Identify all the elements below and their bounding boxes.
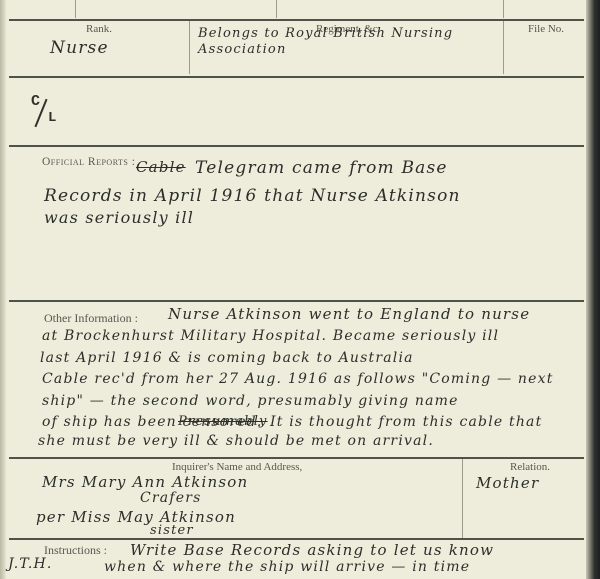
other-info-line: at Brockenhurst Military Hospital. Becam… [42,328,499,344]
other-info-line: Cable rec'd from her 27 Aug. 1916 as fol… [42,371,554,387]
column-divider [503,21,504,74]
rule [9,145,584,147]
official-report-line: was seriously ill [44,208,194,227]
inquirer-line: Mrs Mary Ann Atkinson [42,473,248,491]
rank-value: Nurse [50,38,109,58]
rule [9,457,584,459]
instructions-line: Write Base Records asking to let us know [130,541,494,559]
stamp-bottom: L [48,110,56,126]
other-info-line: she must be very ill & should be met on … [38,433,434,449]
stamp-top: C [31,93,40,110]
rank-label: Rank. [86,23,112,35]
inquirer-line: per Miss May Atkinson [36,508,236,526]
official-reports-label: Official Reports : [42,156,135,168]
inquirer-line: sister [150,523,194,538]
column-divider [189,21,190,74]
inquirer-line: Crafers [140,490,202,506]
other-info-line: last April 1916 & is coming back to Aust… [40,350,414,366]
rule [9,300,584,302]
initials: J.T.H. [8,556,53,572]
regiment-value: Belongs to Royal British Nursing [198,26,453,41]
inquirer-label: Inquirer's Name and Address, [172,461,302,473]
record-card [6,0,586,579]
column-divider [503,0,504,18]
rule [9,538,584,540]
official-report-line: Telegram came from Base [195,158,448,178]
file-no-label: File No. [528,23,564,35]
other-information-label: Other Information : [44,311,138,326]
column-divider [75,0,76,18]
column-divider [462,459,463,539]
instructions-label: Instructions : [44,543,107,558]
relation-value: Mother [476,474,539,492]
official-report-line: Records in April 1916 that Nurse Atkinso… [44,186,461,206]
other-info-line: It is thought from this cable that [270,414,542,430]
rule [9,76,584,78]
struck-word: Cable [136,158,186,176]
other-info-line: ship" — the second word, presumably givi… [42,393,459,409]
column-divider [276,0,277,18]
instructions-line: when & where the ship will arrive — in t… [104,559,470,575]
regiment-value-cont: Association [198,42,287,57]
card-right-edge-shadow [586,0,600,579]
other-info-line: Nurse Atkinson went to England to nurse [168,305,530,323]
relation-label: Relation. [510,461,550,473]
struck-word: Presumably [178,414,268,429]
rule [9,19,584,21]
